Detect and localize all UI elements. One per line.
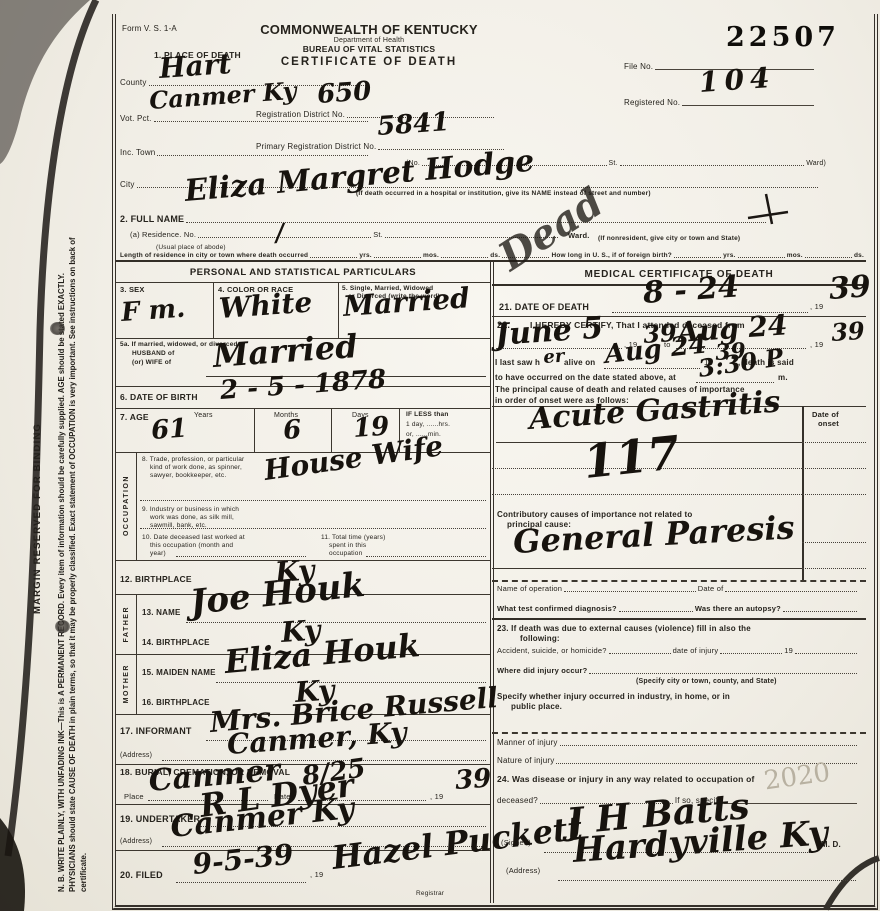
onset-label-1: Date of xyxy=(812,410,839,419)
occupation-side-label: OCCUPATION xyxy=(123,475,130,536)
where-injury-label: Where did injury occur? xyxy=(497,666,587,675)
age-label: 7. AGE xyxy=(120,412,149,422)
leader-line xyxy=(564,589,696,592)
underline xyxy=(682,103,814,106)
abode-note: (Usual place of abode) xyxy=(156,244,226,251)
leader-line xyxy=(589,671,857,674)
physician-address-label: (Address) xyxy=(506,866,540,875)
fill-line xyxy=(186,622,486,623)
burial-place-label: Place xyxy=(124,792,144,801)
leader-line xyxy=(725,589,857,592)
external-label-2: following: xyxy=(520,634,560,643)
age-years-value: 61 xyxy=(150,418,188,444)
informant-label: 17. INFORMANT xyxy=(120,726,192,736)
alive-on-text: alive on xyxy=(564,358,595,367)
fill-line xyxy=(802,494,866,495)
last-saw-her: er xyxy=(543,349,565,367)
yrs-label: yrs. xyxy=(359,252,371,259)
residence-st-label: St. xyxy=(373,230,383,239)
father-side-label: FATHER xyxy=(123,606,130,642)
punch-hole xyxy=(55,620,70,633)
foreign-birth-label: How long in U. S., if of foreign birth? xyxy=(551,252,671,259)
birthplace-label: 12. BIRTHPLACE xyxy=(120,574,192,584)
nonresident-note: (If nonresident, give city or town and S… xyxy=(598,235,740,242)
autopsy-label: Was there an autopsy? xyxy=(695,604,781,613)
test-diagnosis-label: What test confirmed diagnosis? xyxy=(497,604,617,613)
leader-line xyxy=(805,255,852,258)
leader-line xyxy=(609,651,671,654)
husband-label-3: (or) WIFE of xyxy=(132,359,171,366)
fill-line xyxy=(492,568,802,569)
registered-no-label: Registered No. xyxy=(624,98,680,107)
cause-code-value: 117 xyxy=(582,432,682,483)
dod-value: 8 - 24 xyxy=(642,273,740,307)
cell-divider xyxy=(213,282,214,338)
form-number: Form V. S. 1-A xyxy=(122,24,177,33)
trade-label-1: 8. Trade, profession, or particular xyxy=(142,456,244,463)
filed-label: 20. FILED xyxy=(120,870,163,880)
leader-line xyxy=(619,609,693,612)
length-residence-label: Length of residence in city or town wher… xyxy=(120,252,308,259)
undertaker-address-label: (Address) xyxy=(120,838,152,845)
where-injury-note: (Specify city or town, county, and State… xyxy=(636,678,777,685)
onset-label-2: onset xyxy=(818,419,839,428)
margin-binding-text: MARGIN RESERVED FOR BINDING xyxy=(32,328,43,614)
informant-address-label: (Address) xyxy=(120,752,152,759)
hospital-note: (If death occurred in a hospital or inst… xyxy=(356,190,651,197)
industry-label-2: work was done, as silk mill, xyxy=(150,514,234,521)
lastworked-label-1: 10. Date deceased last worked at xyxy=(142,534,245,541)
bureau-subtitle: BUREAU OF VITAL STATISTICS xyxy=(244,44,494,54)
totaltime-label-3: occupation xyxy=(329,550,362,557)
to-year-pre: , 19 xyxy=(810,340,823,349)
trade-label-3: sawyer, bookkeeper, etc. xyxy=(150,472,226,479)
leader-line xyxy=(620,163,805,166)
leader-line xyxy=(795,651,857,654)
operation-label: Name of operation xyxy=(497,584,562,593)
trade-label-2: kind of work done, as spinner, xyxy=(150,464,242,471)
father-name-label: 13. NAME xyxy=(142,608,181,617)
dept-subtitle: Department of Health xyxy=(244,37,494,44)
mother-name-label: 15. MAIDEN NAME xyxy=(142,668,216,677)
fill-line xyxy=(176,882,306,883)
filed-year-pre: , 19 xyxy=(310,870,323,879)
marital-value: Married xyxy=(342,285,470,319)
file-no-label: File No. xyxy=(624,62,653,71)
date-of-label: Date of xyxy=(698,584,724,593)
husband-value: Married xyxy=(212,332,358,371)
personal-section-title: PERSONAL AND STATISTICAL PARTICULARS xyxy=(190,267,416,278)
vot-pct-label: Vot. Pct. xyxy=(120,114,152,123)
nature-injury-label: Nature of injury xyxy=(497,756,554,765)
fill-line xyxy=(558,880,856,881)
injury-date-label: date of injury xyxy=(673,646,719,655)
leader-line xyxy=(738,255,785,258)
burial-year-pre: , 19 xyxy=(430,792,443,801)
fill-line xyxy=(696,382,774,383)
ifless-label-1: IF LESS than xyxy=(406,411,449,418)
leader-line xyxy=(720,651,782,654)
death-certificate-scan: MARGIN RESERVED FOR BINDING N. B. WRITE … xyxy=(0,0,880,911)
leader-line xyxy=(674,255,721,258)
fill-line xyxy=(216,682,486,683)
leader-line xyxy=(441,255,488,258)
specify-label-1: Specify whether injury occurred in indus… xyxy=(497,692,730,701)
to-year-value: 39 xyxy=(830,320,865,344)
dod-year-pre: , 19 xyxy=(810,302,823,311)
sex-label: 3. SEX xyxy=(120,285,145,294)
certificate-title: CERTIFICATE OF DEATH xyxy=(244,56,494,68)
reg-district-label: Registration District No. xyxy=(256,110,345,119)
fill-line xyxy=(802,568,866,569)
lastworked-label-2: this occupation (month and xyxy=(150,542,233,549)
reg-district-value: 650 xyxy=(316,80,372,107)
yrs-label-2: yrs. xyxy=(723,252,735,259)
heavy-divider xyxy=(492,618,866,620)
totaltime-label-1: 11. Total time (years) xyxy=(321,534,386,541)
date-of-onset-box xyxy=(802,406,868,580)
years-label: Years xyxy=(194,412,213,419)
external-label-1: 23. If death was due to external causes … xyxy=(497,624,751,633)
attended-from-value: June 5 xyxy=(494,315,604,349)
inc-town-label: Inc. Town xyxy=(120,148,155,157)
certificate-form: Form V. S. 1-A 1. PLACE OF DEATH County … xyxy=(112,14,878,910)
fill-line xyxy=(140,528,486,529)
residence-pen-slash: / xyxy=(274,221,284,243)
dod-year-value: 39 xyxy=(828,273,872,303)
burial-year-value: 39 xyxy=(454,768,492,794)
vot-pct-value: Canmer Ky xyxy=(148,80,297,112)
injury-year-pre: 19 xyxy=(784,646,793,655)
fill-line xyxy=(802,442,866,443)
age-months-value: 6 xyxy=(282,419,302,444)
dob-label: 6. DATE OF BIRTH xyxy=(120,392,198,402)
fill-line xyxy=(802,468,866,469)
last-saw-text: I last saw h xyxy=(495,358,540,367)
mos-label-2: mos. xyxy=(787,252,803,259)
full-name-label: 2. FULL NAME xyxy=(120,214,184,224)
county-label: County xyxy=(120,78,147,87)
section-divider-line xyxy=(116,260,866,262)
pen-mark xyxy=(746,192,792,226)
fill-line xyxy=(802,542,866,543)
punch-hole xyxy=(50,322,65,335)
leader-line xyxy=(783,609,857,612)
county-value: Hart xyxy=(158,51,232,81)
dod-label: 21. DATE OF DEATH xyxy=(499,302,589,312)
leader-line xyxy=(154,119,368,122)
city-ward-paren: Ward) xyxy=(806,160,826,167)
mother-side-label: MOTHER xyxy=(123,664,130,703)
city-label: City xyxy=(120,180,135,189)
city-st-label: St. xyxy=(609,160,618,167)
color-value: White xyxy=(218,290,313,322)
primary-reg-value: 5841 xyxy=(376,111,450,139)
sex-value: F m. xyxy=(120,298,186,326)
fill-line xyxy=(140,500,486,501)
father-bp-label: 14. BIRTHPLACE xyxy=(142,638,210,647)
registered-no-value: 104 xyxy=(698,65,776,95)
ifless-label-2: 1 day, ......hrs. xyxy=(406,421,450,428)
registrar-label: Registrar xyxy=(416,890,444,897)
specify-label-2: public place. xyxy=(511,702,562,711)
commonwealth-title: COMMONWEALTH OF KENTUCKY xyxy=(244,22,494,37)
filed-date-value: 9-5-39 xyxy=(191,842,294,878)
mother-bp-label: 16. BIRTHPLACE xyxy=(142,698,210,707)
fill-line xyxy=(492,494,802,495)
mos-label: mos. xyxy=(423,252,439,259)
accident-label: Accident, suicide, or homicide? xyxy=(497,646,607,655)
leader-line xyxy=(157,153,368,156)
m-label: m. xyxy=(778,373,788,382)
industry-label-1: 9. Industry or business in which xyxy=(142,506,239,513)
lastworked-label-3: year) xyxy=(150,550,166,557)
primary-reg-label: Primary Registration District No. xyxy=(256,142,376,151)
husband-label-2: HUSBAND of xyxy=(132,350,174,357)
residence-label: (a) Residence. No. xyxy=(130,230,196,239)
fill-line xyxy=(366,556,486,557)
deceased-label: deceased? xyxy=(497,796,538,805)
occurred-text: to have occurred on the date stated abov… xyxy=(495,373,676,382)
leader-line xyxy=(374,255,421,258)
cell-divider xyxy=(254,408,255,452)
leader-line xyxy=(310,255,357,258)
manner-injury-label: Manner of injury xyxy=(497,738,558,747)
occupation-related-label: 24. Was disease or injury in any way rel… xyxy=(497,774,755,784)
leader-line xyxy=(186,220,766,223)
ds-label-2: ds. xyxy=(854,252,864,259)
totaltime-label-2: spent in this xyxy=(329,542,366,549)
leader-line xyxy=(560,743,857,746)
